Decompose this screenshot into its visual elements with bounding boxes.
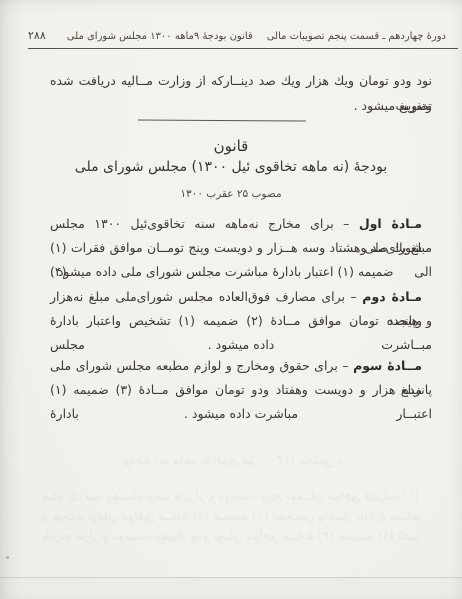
- article-2: مـادهٔ دوم – برای مصارف فوق‌العاده مجلس …: [50, 285, 432, 357]
- law-title: قانون: [0, 137, 462, 155]
- scanned-page: دورهٔ چهاردهم ـ قسمت پنجم تصویبات مالی ق…: [0, 0, 462, 599]
- intro-line-1: نود ودو تومان ویك هزار ویك صد دینــارکه …: [50, 68, 432, 93]
- intro-line-2: وتفریغ میشود .: [50, 93, 432, 118]
- verso-bleed-line: بودجهٔ (نه ماهه تخاقوی ئیل ۱۳۰۰) مجلس شو…: [120, 452, 342, 467]
- article-1-line-1: مـادهٔ اول – برای مخارج نه‌ماهه سنه تخاق…: [50, 212, 432, 236]
- verso-bleed-line: و هیجده تومان موافق مــادهٔ (۲) ضمیمه (۱…: [42, 508, 420, 523]
- article-2-line-2: و هیجده تومان موافق مــادهٔ (۲) ضمیمه (۱…: [50, 309, 432, 333]
- running-header: دورهٔ چهاردهم ـ قسمت پنجم تصویبات مالی ق…: [28, 29, 446, 42]
- article-1-line-3: ضمیمه (۱) اعتبار بادارهٔ مباشرت مجلس شور…: [50, 260, 432, 284]
- article-1-line-2: مبلغ یك صد وهشتاد وسه هــزار و دویست وپن…: [50, 236, 432, 260]
- law-approval-date: مصوب ۲۵ عقرب ۱۳۰۰: [0, 188, 462, 200]
- header-law-reference: قانون بودجهٔ ۹ماهه ۱۳۰۰ مجلس شورای ملی: [67, 31, 253, 42]
- article-1: مـادهٔ اول – برای مخارج نه‌ماهه سنه تخاق…: [50, 212, 432, 284]
- article-2-line-1: مـادهٔ دوم – برای مصارف فوق‌العاده مجلس …: [50, 285, 432, 309]
- verso-bleed-line: مبلغ یك صد وهشتاد وسه هــزار و دویست وپن…: [42, 488, 420, 503]
- scan-speck: [6, 556, 9, 559]
- article-2-lead: مـادهٔ دوم: [362, 289, 422, 304]
- article-1-lead: مـادهٔ اول: [359, 216, 422, 231]
- verso-bleed-line: پانزده هزار و دویست وهفتاد ودو تومان موا…: [42, 528, 420, 543]
- page-number: ۲۸۸: [28, 29, 46, 42]
- section-divider-rule: [138, 119, 306, 121]
- scan-bottom-edge: [0, 578, 462, 599]
- article-3-lead: مــادهٔ سوم: [353, 358, 422, 373]
- header-section-title: دورهٔ چهاردهم ـ قسمت پنجم تصویبات مالی: [267, 31, 446, 42]
- article-3-line-2: پانزده هزار و دویست وهفتاد ودو تومان موا…: [50, 378, 432, 402]
- intro-paragraph: نود ودو تومان ویك هزار ویك صد دینــارکه …: [50, 68, 432, 118]
- article-3: مــادهٔ سوم – برای حقوق ومخارج و لوازم م…: [50, 354, 432, 426]
- header-rule: [28, 48, 458, 49]
- law-subtitle: بودجهٔ (نه ماهه تخاقوی ئیل ۱۳۰۰) مجلس شو…: [0, 159, 462, 175]
- article-3-line-1: مــادهٔ سوم – برای حقوق ومخارج و لوازم م…: [50, 354, 432, 378]
